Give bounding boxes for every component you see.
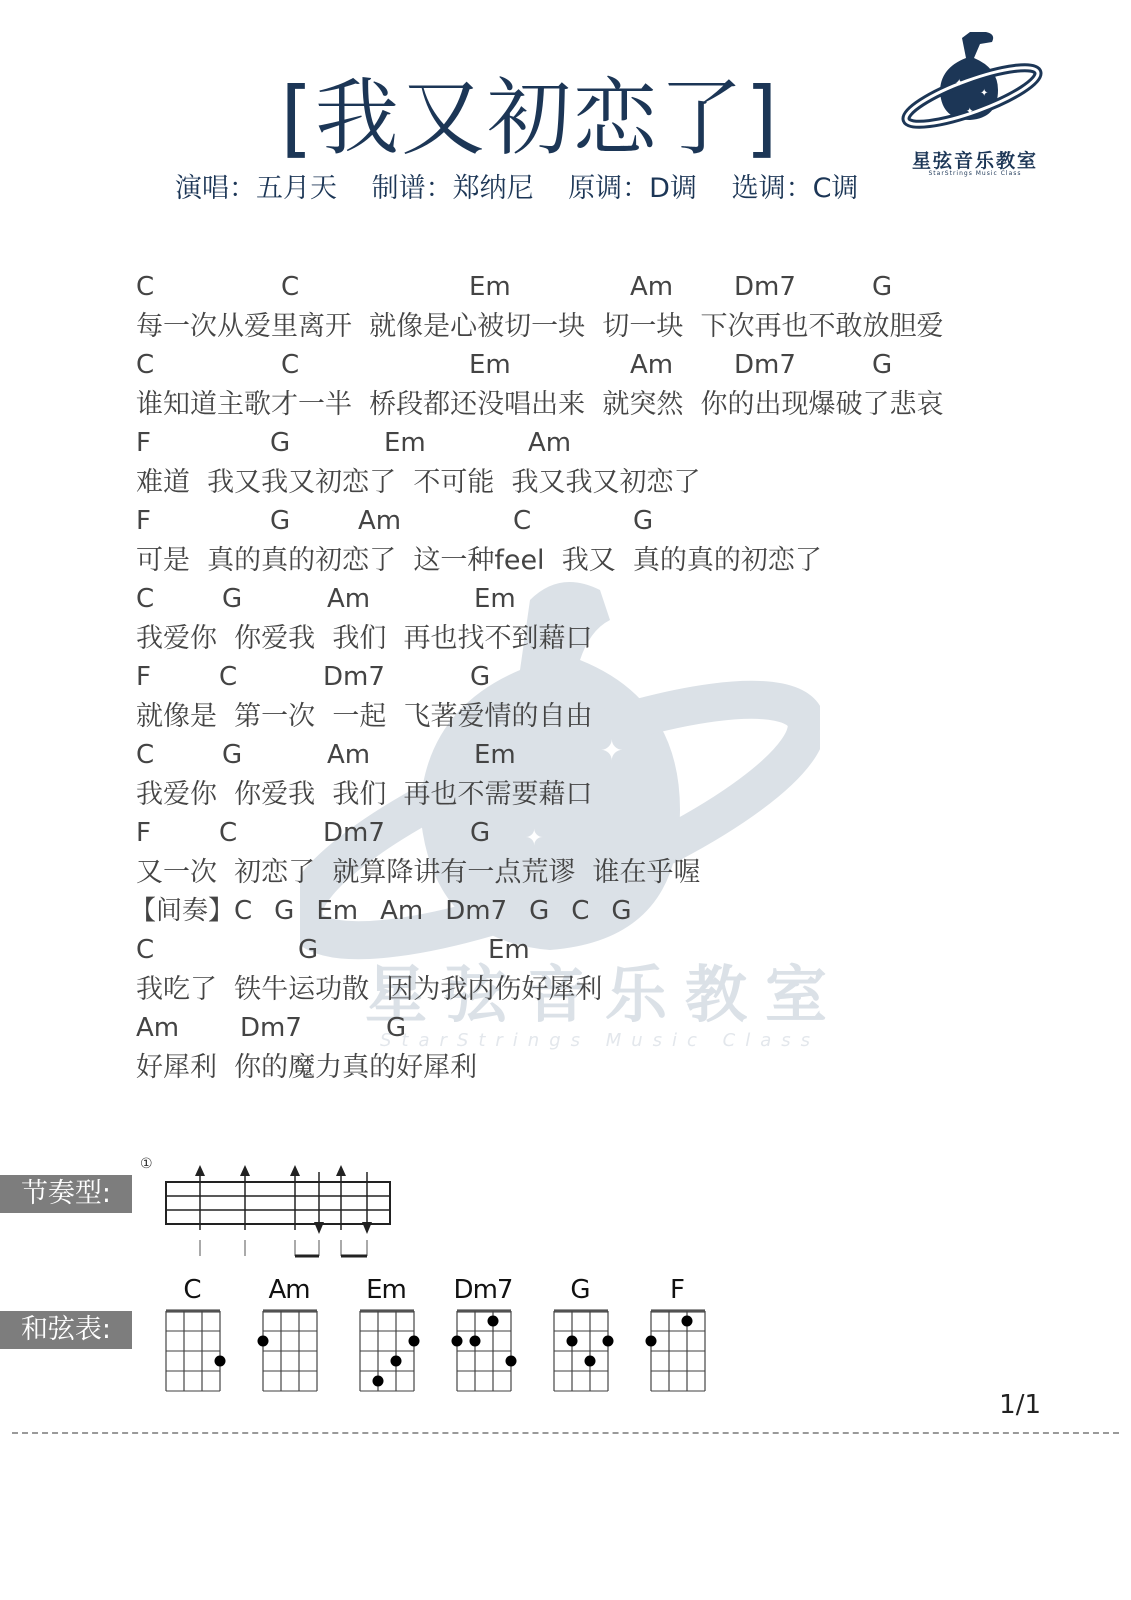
chord-symbol: G bbox=[872, 268, 892, 307]
svg-text:✦: ✦ bbox=[955, 78, 963, 89]
fretboard-icon bbox=[451, 1275, 523, 1405]
interlude-chord: Dm7 bbox=[445, 896, 507, 926]
lyric-line: 难道 我又我又初恋了 不可能 我又我又初恋了 bbox=[136, 463, 944, 502]
chord-symbol: Am bbox=[630, 346, 673, 385]
chord-symbol: Em bbox=[469, 268, 511, 307]
logo-subtitle: StarStrings Music Class bbox=[900, 170, 1050, 177]
page-divider bbox=[12, 1432, 1119, 1434]
chord-line: FCDm7G bbox=[136, 814, 944, 853]
chord-symbol: C bbox=[136, 580, 154, 619]
chord-symbol: C bbox=[281, 346, 299, 385]
fretboard-icon bbox=[354, 1275, 426, 1405]
planet-note-icon: ✦ ✦ ✦ bbox=[900, 28, 1050, 143]
chord-sheet: CCEmAmDm7G每一次从爱里离开 就像是心被切一块 切一块 下次再也不敢放胆… bbox=[136, 268, 944, 1087]
interlude-chord: G bbox=[529, 896, 549, 926]
chord-symbol: C bbox=[219, 814, 237, 853]
svg-text:✦: ✦ bbox=[966, 107, 974, 117]
chord-symbol: Dm7 bbox=[734, 268, 796, 307]
chord-symbol: Am bbox=[327, 580, 370, 619]
chord-symbol: Dm7 bbox=[240, 1009, 302, 1048]
chord-symbol: G bbox=[222, 580, 242, 619]
chord-symbol: Em bbox=[469, 346, 511, 385]
meta-singer: 演唱：五月天 bbox=[175, 173, 337, 204]
chord-symbol: Am bbox=[136, 1009, 179, 1048]
chord-line: CCEmAmDm7G bbox=[136, 268, 944, 307]
meta-arranger: 制谱：郑纳尼 bbox=[372, 173, 534, 204]
chord-symbol: C bbox=[136, 268, 154, 307]
interlude-chord: G bbox=[611, 896, 631, 926]
page-number: 1/1 bbox=[999, 1390, 1041, 1420]
lyric-line: 好犀利 你的魔力真的好犀利 bbox=[136, 1048, 944, 1087]
interlude-line: 【间奏】CGEmAmDm7GCG bbox=[136, 892, 944, 931]
lyric-line: 可是 真的真的初恋了 这一种feel 我又 真的真的初恋了 bbox=[136, 541, 944, 580]
chord-symbol: Em bbox=[474, 736, 516, 775]
chord-symbol: C bbox=[136, 346, 154, 385]
chord-symbol: F bbox=[136, 502, 151, 541]
chord-symbol: Am bbox=[528, 424, 571, 463]
lyric-line: 我爱你 你爱我 我们 再也不需要藉口 bbox=[136, 775, 944, 814]
lyric-line: 又一次 初恋了 就算降讲有一点荒谬 谁在乎喔 bbox=[136, 853, 944, 892]
chord-line: CCEmAmDm7G bbox=[136, 346, 944, 385]
song-meta: 演唱：五月天 制谱：郑纳尼 原调：D调 选调：C调 bbox=[175, 166, 884, 205]
chord-line: FGEmAm bbox=[136, 424, 944, 463]
chord-symbol: G bbox=[386, 1009, 406, 1048]
chord-symbol: Em bbox=[474, 580, 516, 619]
interlude-chord: C bbox=[571, 896, 589, 926]
chord-symbol: Em bbox=[488, 931, 530, 970]
chord-symbol: G bbox=[270, 502, 290, 541]
meta-original-key: 原调：D调 bbox=[568, 173, 697, 204]
chord-symbol: G bbox=[298, 931, 318, 970]
strum-pattern-diagram bbox=[160, 1160, 400, 1260]
meta-selected-key: 选调：C调 bbox=[732, 173, 859, 204]
chord-symbol: G bbox=[222, 736, 242, 775]
chord-line: FGAmCG bbox=[136, 502, 944, 541]
chord-symbol: C bbox=[136, 931, 154, 970]
chord-symbol: Dm7 bbox=[323, 814, 385, 853]
chord-line: CGAmEm bbox=[136, 736, 944, 775]
chord-symbol: G bbox=[270, 424, 290, 463]
chord-line: FCDm7G bbox=[136, 658, 944, 697]
chord-line: CGEm bbox=[136, 931, 944, 970]
chord-symbol: F bbox=[136, 424, 151, 463]
interlude-chord: Am bbox=[380, 896, 423, 926]
rhythm-label: 节奏型: bbox=[0, 1175, 132, 1213]
interlude-chord: G bbox=[274, 896, 294, 926]
lyric-line: 我爱你 你爱我 我们 再也找不到藉口 bbox=[136, 619, 944, 658]
svg-text:✦: ✦ bbox=[980, 88, 988, 99]
lyric-line: 就像是 第一次 一起 飞著爱情的自由 bbox=[136, 697, 944, 736]
lyric-line: 每一次从爱里离开 就像是心被切一块 切一块 下次再也不敢放胆爱 bbox=[136, 307, 944, 346]
fretboard-icon bbox=[257, 1275, 329, 1405]
chord-symbol: C bbox=[219, 658, 237, 697]
fretboard-icon bbox=[548, 1275, 620, 1405]
chord-symbol: Am bbox=[358, 502, 401, 541]
chord-symbol: Em bbox=[384, 424, 426, 463]
chord-symbol: C bbox=[136, 736, 154, 775]
fretboard-icon bbox=[645, 1275, 717, 1405]
interlude-chord: C bbox=[234, 896, 252, 926]
chord-line: CGAmEm bbox=[136, 580, 944, 619]
lyric-line: 谁知道主歌才一半 桥段都还没唱出来 就突然 你的出现爆破了悲哀 bbox=[136, 385, 944, 424]
chord-symbol: C bbox=[513, 502, 531, 541]
chord-symbol: F bbox=[136, 658, 151, 697]
logo-name: 星弦音乐教室 bbox=[900, 146, 1050, 173]
chord-symbol: Am bbox=[327, 736, 370, 775]
chord-table-label: 和弦表: bbox=[0, 1311, 132, 1349]
chord-symbol: C bbox=[281, 268, 299, 307]
chord-symbol: G bbox=[470, 814, 490, 853]
chord-line: AmDm7G bbox=[136, 1009, 944, 1048]
chord-symbol: Am bbox=[630, 268, 673, 307]
brand-logo: ✦ ✦ ✦ 星弦音乐教室 StarStrings Music Class bbox=[900, 28, 1050, 188]
chord-symbol: G bbox=[470, 658, 490, 697]
chord-symbol: Dm7 bbox=[323, 658, 385, 697]
chord-symbol: G bbox=[633, 502, 653, 541]
rhythm-pattern-number: ① bbox=[140, 1156, 153, 1172]
lyric-line: 我吃了 铁牛运功散 因为我内伤好犀利 bbox=[136, 970, 944, 1009]
chord-symbol: Dm7 bbox=[734, 346, 796, 385]
interlude-chord: Em bbox=[316, 896, 358, 926]
fretboard-icon bbox=[160, 1275, 232, 1405]
chord-symbol: G bbox=[872, 346, 892, 385]
interlude-label: 【间奏】 bbox=[130, 896, 234, 926]
chord-symbol: F bbox=[136, 814, 151, 853]
